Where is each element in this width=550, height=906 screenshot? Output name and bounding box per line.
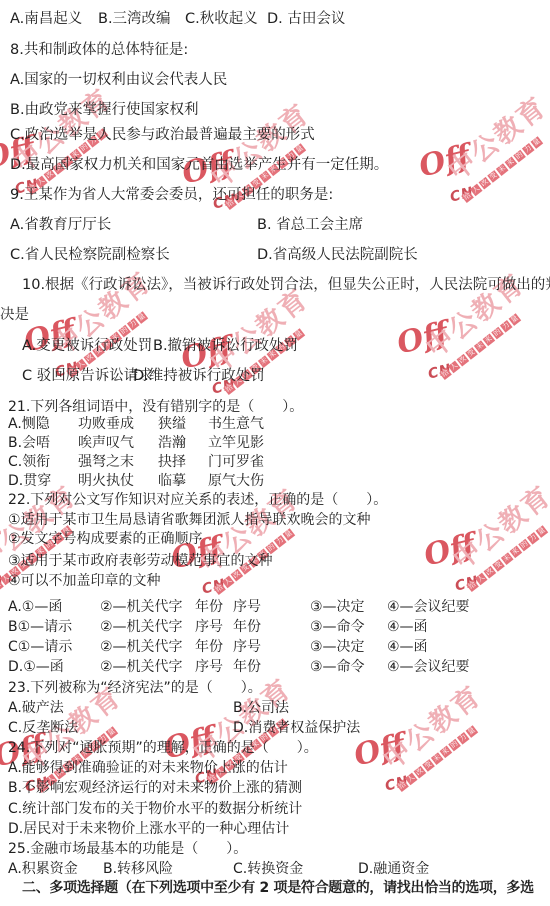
text-segment: A.破产法: [8, 697, 64, 717]
text-line: 25.金融市场最基本的功能是（ ）。: [0, 838, 550, 856]
text-line: D.居民对于未来物价上涨水平的一种心理估计: [0, 818, 550, 836]
text-line: D.最高国家权力机关和国家元首由选举产生并有一定任期。: [0, 153, 550, 171]
text-segment: 25.金融市场最基本的功能是（ ）。: [8, 838, 247, 858]
text-segment: D.维持被诉行政处罚: [133, 364, 265, 385]
text-segment: 序号: [195, 656, 223, 676]
text-segment: A.能够得到准确验证的对未来物价上涨的估计: [8, 757, 288, 777]
text-segment: 序号: [233, 596, 261, 616]
text-segment: 立竿见影: [208, 432, 264, 452]
text-line: A.南昌起义B.三湾改编C.秋收起义D. 古田会议: [0, 7, 550, 25]
text-segment: 强弩之末: [78, 451, 134, 471]
text-line: A.变更被诉行政处罚B.撤销被诉讼行政处罚: [0, 334, 550, 352]
text-segment: 序号: [195, 616, 223, 636]
text-segment: 年份: [233, 656, 261, 676]
text-line: A.①—函②—机关代字年份序号③—决定④—会议纪要: [0, 596, 550, 614]
text-segment: C①—请示: [8, 636, 72, 656]
text-segment: B.三湾改编: [98, 7, 171, 28]
text-segment: 唉声叹气: [78, 432, 134, 452]
text-segment: C.反垄断法: [8, 717, 78, 737]
text-segment: A.南昌起义: [10, 7, 82, 28]
text-segment: 年份: [233, 616, 261, 636]
text-line: D.①—函②—机关代字序号年份③—命令④—会议纪要: [0, 656, 550, 674]
text-segment: 书生意气: [208, 413, 264, 433]
text-segment: 序号: [233, 636, 261, 656]
text-segment: ②—机关代字: [100, 656, 183, 676]
text-segment: 二、多项选择题（在下列选项中至少有 2 项是符合题意的，请找出恰当的选项，多选: [22, 877, 534, 897]
text-line: A.积累资金B.转移风险C.转换资金D.融通资金: [0, 858, 550, 876]
text-segment: A.省教育厅厅长: [10, 213, 111, 234]
text-segment: ②—机关代字: [100, 636, 183, 656]
text-line: 10.根据《行政诉讼法》，当被诉行政处罚合法，但显失公正时，人民法院可做出的判: [0, 273, 550, 291]
text-segment: D.贯穿: [8, 470, 51, 490]
text-segment: A.积累资金: [8, 858, 78, 878]
text-segment: B.公司法: [233, 697, 289, 717]
text-segment: ③—决定: [310, 596, 365, 616]
text-segment: B.不影响宏观经济运行的对未来物价上涨的猜测: [8, 777, 302, 797]
text-segment: 22.下列对公文写作知识对应关系的表述，正确的是（ ）。: [8, 489, 387, 509]
text-line: ④可以不加盖印章的文种: [0, 570, 550, 588]
text-segment: 8.共和制政体的总体特征是:: [10, 38, 188, 59]
document-text-layer: A.南昌起义B.三湾改编C.秋收起义D. 古田会议8.共和制政体的总体特征是:A…: [0, 0, 550, 906]
text-line: 9.王某作为省人大常委会委员，还可担任的职务是:: [0, 183, 550, 201]
text-segment: A.恻隐: [8, 413, 50, 433]
text-segment: 狭缢: [158, 413, 186, 433]
text-segment: B.由政党来掌握行使国家权利: [10, 98, 199, 119]
text-line: 24.下列对“通胀预期”的理解，正确的是（ ）。: [0, 737, 550, 755]
text-segment: C.省人民检察院副检察长: [10, 243, 170, 264]
text-segment: ③—命令: [310, 656, 365, 676]
text-segment: C.政治选举是人民参与政治最普遍最主要的形式: [10, 123, 315, 144]
text-segment: ②—机关代字: [100, 616, 183, 636]
text-line: A.恻隐功败垂成狭缢书生意气: [0, 413, 550, 431]
text-segment: 原气大伤: [208, 470, 264, 490]
text-line: A.破产法B.公司法: [0, 697, 550, 715]
text-segment: 门可罗雀: [208, 451, 264, 471]
text-line: B.不影响宏观经济运行的对未来物价上涨的猜测: [0, 777, 550, 795]
text-line: 8.共和制政体的总体特征是:: [0, 38, 550, 56]
text-segment: B①—请示: [8, 616, 72, 636]
text-segment: 决是: [0, 303, 29, 324]
text-segment: B.撤销被诉讼行政处罚: [153, 334, 298, 355]
text-segment: ④可以不加盖印章的文种: [8, 570, 161, 590]
text-line: B.由政党来掌握行使国家权利: [0, 98, 550, 116]
text-line: C 驳回原告诉讼请求D.维持被诉行政处罚: [0, 364, 550, 382]
text-line: C.领衔强弩之末抉择门可罗雀: [0, 451, 550, 469]
text-segment: ④—函: [387, 636, 428, 656]
text-segment: 24.下列对“通胀预期”的理解，正确的是（ ）。: [8, 737, 318, 757]
text-segment: D.消费者权益保护法: [233, 717, 360, 737]
text-segment: A.①—函: [8, 596, 62, 616]
text-segment: C.领衔: [8, 451, 50, 471]
text-line: 21.下列各组词语中，没有错别字的是（ ）。: [0, 396, 550, 414]
text-segment: 年份: [195, 596, 223, 616]
text-segment: 9.王某作为省人大常委会委员，还可担任的职务是:: [10, 183, 333, 204]
text-line: 22.下列对公文写作知识对应关系的表述，正确的是（ ）。: [0, 489, 550, 507]
text-segment: 功败垂成: [78, 413, 134, 433]
text-segment: B. 省总工会主席: [257, 213, 363, 234]
text-line: B.会唔唉声叹气浩瀚立竿见影: [0, 432, 550, 450]
text-line: C①—请示②—机关代字年份序号③—决定④—函: [0, 636, 550, 654]
text-segment: ④—会议纪要: [387, 656, 470, 676]
text-line: 决是: [0, 303, 550, 321]
text-segment: D.融通资金: [358, 858, 429, 878]
text-segment: ③—决定: [310, 636, 365, 656]
text-line: ③适用于某市政府表彰劳动模范事宜的文种: [0, 550, 550, 568]
text-line: 23.下列被称为“经济宪法”的是（ ）。: [0, 677, 550, 695]
text-segment: 10.根据《行政诉讼法》，当被诉行政处罚合法，但显失公正时，人民法院可做出的判: [22, 273, 550, 294]
text-line: C.反垄断法D.消费者权益保护法: [0, 717, 550, 735]
text-segment: ②—机关代字: [100, 596, 183, 616]
text-segment: A.变更被诉行政处罚: [22, 334, 152, 355]
text-segment: 临摹: [158, 470, 186, 490]
text-line: ①适用于某市卫生局恳请省歌舞团派人指导联欢晚会的文种: [0, 509, 550, 527]
text-segment: 23.下列被称为“经济宪法”的是（ ）。: [8, 677, 262, 697]
text-segment: D.最高国家权力机关和国家元首由选举产生并有一定任期。: [10, 153, 388, 174]
text-segment: C.统计部门发布的关于物价水平的数据分析统计: [8, 798, 302, 818]
text-segment: ①适用于某市卫生局恳请省歌舞团派人指导联欢晚会的文种: [8, 509, 371, 529]
text-segment: 明火执仗: [78, 470, 134, 490]
text-segment: ②发文字号构成要素的正确顺序: [8, 528, 203, 548]
section-header-line: 二、多项选择题（在下列选项中至少有 2 项是符合题意的，请找出恰当的选项，多选: [0, 877, 550, 895]
text-line: D.贯穿明火执仗临摹原气大伤: [0, 470, 550, 488]
text-line: ②发文字号构成要素的正确顺序: [0, 528, 550, 546]
text-segment: ④—函: [387, 616, 428, 636]
text-line: C.政治选举是人民参与政治最普遍最主要的形式: [0, 123, 550, 141]
exam-document-page: OffCN中公教育给人改变未来的力量OffCN中公教育给人改变未来的力量OffC…: [0, 0, 550, 906]
text-segment: ③适用于某市政府表彰劳动模范事宜的文种: [8, 550, 273, 570]
text-segment: ③—命令: [310, 616, 365, 636]
text-segment: B.转移风险: [103, 858, 173, 878]
text-segment: A.国家的一切权利由议会代表人民: [10, 68, 227, 89]
text-line: A.能够得到准确验证的对未来物价上涨的估计: [0, 757, 550, 775]
text-segment: 浩瀚: [158, 432, 186, 452]
text-segment: 年份: [195, 636, 223, 656]
text-segment: D.居民对于未来物价上涨水平的一种心理估计: [8, 818, 289, 838]
text-segment: D.①—函: [8, 656, 64, 676]
text-line: B①—请示②—机关代字序号年份③—命令④—函: [0, 616, 550, 634]
text-line: A.国家的一切权利由议会代表人民: [0, 68, 550, 86]
text-segment: C.转换资金: [233, 858, 303, 878]
text-line: C.省人民检察院副检察长D.省高级人民法院副院长: [0, 243, 550, 261]
text-segment: D. 古田会议: [267, 7, 345, 28]
text-segment: B.会唔: [8, 432, 50, 452]
text-segment: ④—会议纪要: [387, 596, 470, 616]
text-line: C.统计部门发布的关于物价水平的数据分析统计: [0, 798, 550, 816]
text-line: A.省教育厅厅长B. 省总工会主席: [0, 213, 550, 231]
text-segment: C.秋收起义: [185, 7, 258, 28]
text-segment: D.省高级人民法院副院长: [257, 243, 418, 264]
text-segment: 抉择: [158, 451, 186, 471]
